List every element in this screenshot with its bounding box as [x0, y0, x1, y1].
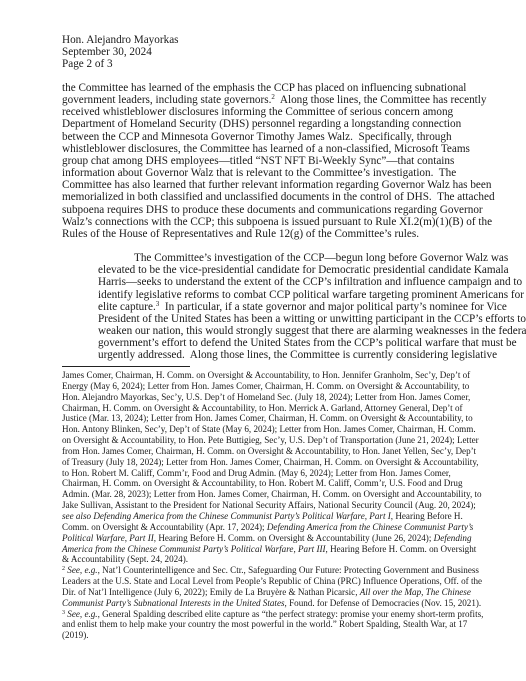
body-line: President of the United States has been …	[62, 313, 458, 325]
body-line: The Committee’s investigation of the CCP…	[62, 252, 458, 264]
footnote-line: Hon. Alejandro Mayorkas, Sec’y, U.S. Dep…	[62, 392, 458, 403]
footnote-line: Leaders at the U.S. State and Local Leve…	[62, 576, 458, 587]
footnote-line: 3 See, e.g., General Spalding described …	[62, 609, 458, 620]
body-line: between the CCP and Minnesota Governor T…	[62, 131, 458, 143]
footnote-number: 2	[62, 566, 65, 572]
letterhead: Hon. Alejandro Mayorkas September 30, 20…	[62, 34, 458, 71]
body-line: elite capture.3 In particular, if a stat…	[62, 301, 458, 313]
body-line: weaken our nation, this would strongly s…	[62, 325, 458, 337]
footnote-separator	[62, 366, 190, 367]
footnotes: James Comer, Chairman, H. Comm. on Overs…	[62, 370, 458, 641]
footnote-line: Communist Party’s Subnational Interests …	[62, 598, 458, 609]
document-page: Hon. Alejandro Mayorkas September 30, 20…	[0, 0, 526, 681]
body-line: whistleblower disclosures, the Committee…	[62, 143, 458, 155]
footnote-line: & Accountability (Sept. 24, 2024).	[62, 554, 458, 565]
footnote-line: America from the Chinese Communist Party…	[62, 544, 458, 555]
body-line: government leaders, including state gove…	[62, 94, 458, 106]
footnote-line: Hon. Antony Blinken, Sec’y, Dep’t of Sta…	[62, 424, 458, 435]
footnote-1-continued: James Comer, Chairman, H. Comm. on Overs…	[62, 370, 458, 565]
body-line: Department of Homeland Security (DHS) pe…	[62, 118, 458, 130]
recipient-name: Hon. Alejandro Mayorkas	[62, 34, 458, 46]
body-line: received whistleblower disclosures infor…	[62, 106, 458, 118]
footnote-line: Chairman, H. Comm. on Oversight & Accoun…	[62, 403, 458, 414]
footnote-line: see also Defending America from the Chin…	[62, 511, 458, 522]
footnote-line: Energy (May 6, 2024); Letter from Hon. J…	[62, 381, 458, 392]
citation-title: America from the Chinese Communist Party…	[62, 544, 326, 554]
paragraph-1: the Committee has learned of the emphasi…	[62, 82, 458, 240]
body-line: urgently addressed. Along those lines, t…	[62, 349, 458, 361]
footnote-line: Dir. of Nat’l Intelligence (July 6, 2022…	[62, 587, 458, 598]
body-line: the Committee has learned of the emphasi…	[62, 82, 458, 94]
footnote-line: Chairman, H. Comm. on Oversight & Accoun…	[62, 478, 458, 489]
footnote-line: to Hon. Robert M. Califf, Comm’r, Food a…	[62, 468, 458, 479]
body-line: information about Governor Walz that is …	[62, 167, 458, 179]
citation-title: Defending America from the Chinese Commu…	[267, 522, 473, 532]
paragraph-2: The Committee’s investigation of the CCP…	[62, 252, 458, 361]
body-line: Harris—seeks to understand the extent of…	[62, 276, 458, 288]
body-line: Walz’s connections with the CCP; this su…	[62, 216, 458, 228]
letter-date: September 30, 2024	[62, 46, 458, 58]
footnote-line: of Treasury (July 18, 2024); Letter from…	[62, 457, 458, 468]
footnote-line: Political Warfare, Part II, Hearing Befo…	[62, 533, 458, 544]
footnote-3: 3 See, e.g., General Spalding described …	[62, 609, 458, 642]
citation-title: Political Warfare, Part II	[62, 533, 154, 543]
footnote-line: Justice (Mar. 13, 2024); Letter from Hon…	[62, 413, 458, 424]
footnote-2: 2 See, e.g., Nat’l Counterintelligence a…	[62, 565, 458, 608]
body-line: memorialized in both classified and uncl…	[62, 191, 458, 203]
footnote-line: 2 See, e.g., Nat’l Counterintelligence a…	[62, 565, 458, 576]
footnote-line: Admin. (Mar. 28, 2023); Letter from Hon.…	[62, 489, 458, 500]
body-line: identify legislative reforms to combat C…	[62, 289, 458, 301]
footnote-line: (2019).	[62, 630, 458, 641]
page-number: Page 2 of 3	[62, 58, 458, 70]
citation-title: Communist Party’s Subnational Interests …	[62, 598, 285, 608]
citation-title: Defending	[434, 533, 472, 543]
footnote-line: from Hon. James Comer, Chairman, H. Comm…	[62, 446, 458, 457]
body-line: subpoena requires DHS to produce these d…	[62, 204, 458, 216]
citation-title: see also Defending America from the Chin…	[62, 511, 391, 521]
footnote-line: Jake Sullivan, Assistant to the Presiden…	[62, 500, 458, 511]
footnote-line: James Comer, Chairman, H. Comm. on Overs…	[62, 370, 458, 381]
body-line: elevated to be the vice-presidential can…	[62, 264, 458, 276]
body-line: group chat among DHS employees—titled “N…	[62, 155, 458, 167]
body-line: Committee has also learned that further …	[62, 179, 458, 191]
footnote-line: on Oversight & Accountability, to Hon. P…	[62, 435, 458, 446]
footnote-number: 3	[62, 610, 65, 616]
body-line: Rules of the House of Representatives an…	[62, 228, 458, 240]
footnote-line: Comm. on Oversight & Accountability (Apr…	[62, 522, 458, 533]
body-line: government’s effort to defend the United…	[62, 337, 458, 349]
citation-title: All over the Map, The Chinese	[360, 587, 471, 597]
letter-body: the Committee has learned of the emphasi…	[62, 82, 458, 361]
footnote-line: and enlist them to help make your countr…	[62, 619, 458, 630]
